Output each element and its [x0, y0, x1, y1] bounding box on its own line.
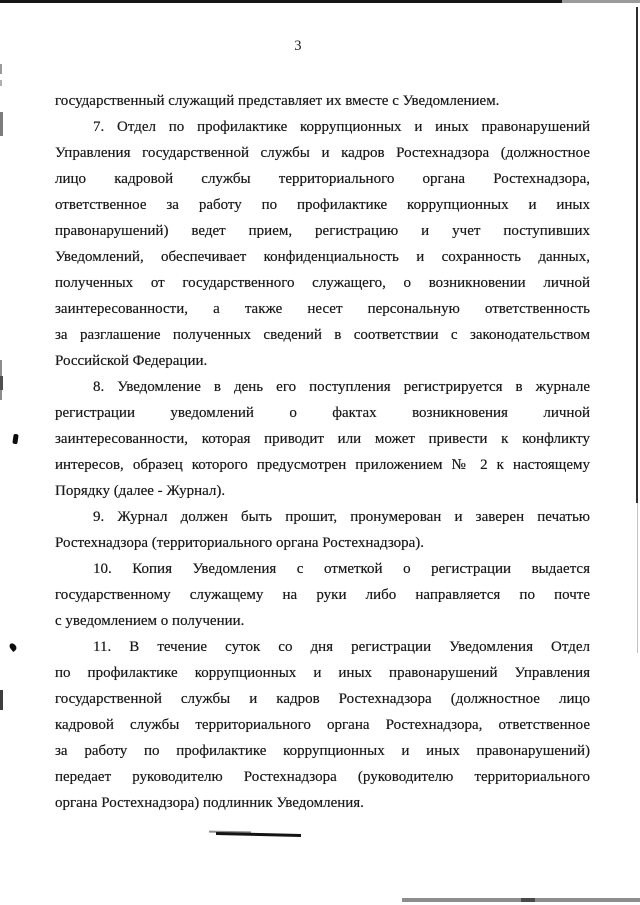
- text-line: правонарушений) ведет прием, регистрацию…: [55, 218, 590, 244]
- text-line: Управления государственной службы и кадр…: [55, 140, 590, 166]
- ink-speck: [8, 642, 18, 652]
- scan-edge-top: [0, 0, 640, 3]
- text-line: ответственное за работу по профилактике …: [55, 192, 590, 218]
- text-line: 9. Журнал должен быть прошит, пронумеров…: [55, 504, 590, 530]
- paragraph: государственный служащий представляет их…: [55, 88, 590, 114]
- text-line: по профилактике коррупционных и иных пра…: [55, 660, 590, 686]
- text-line: Российской Федерации.: [55, 348, 590, 374]
- section-end-rule: [216, 832, 301, 837]
- scan-left-edge-mark: [0, 376, 3, 390]
- text-line: регистрации уведомлений о фактах возникн…: [55, 400, 590, 426]
- text-line: Ростехнадзора (территориального органа Р…: [55, 530, 590, 556]
- paragraph: 11. В течение суток со дня регистрации У…: [55, 634, 590, 816]
- text-line: за работу по профилактике коррупционных …: [55, 738, 590, 764]
- text-line: 11. В течение суток со дня регистрации У…: [55, 634, 590, 660]
- scan-edge-bottom-dark: [521, 898, 535, 902]
- document-page: 3 государственный служащий представляет …: [0, 0, 640, 905]
- ink-speck: [12, 434, 18, 445]
- paragraph: 9. Журнал должен быть прошит, пронумеров…: [55, 504, 590, 556]
- text-line: передает руководителю Ростехнадзора (рук…: [55, 764, 590, 790]
- document-text: государственный служащий представляет их…: [55, 88, 590, 816]
- scan-left-edge-mark: [0, 80, 2, 86]
- text-line: Порядку (далее - Журнал).: [55, 478, 590, 504]
- text-line: государственному служащему на руки либо …: [55, 582, 590, 608]
- text-line: 10. Копия Уведомления с отметкой о регис…: [55, 556, 590, 582]
- text-line: Уведомлений, обеспечивает конфиденциальн…: [55, 244, 590, 270]
- text-line: заинтересованности, а также несет персон…: [55, 296, 590, 322]
- text-line: 7. Отдел по профилактике коррупционных и…: [55, 114, 590, 140]
- paragraph: 7. Отдел по профилактике коррупционных и…: [55, 114, 590, 374]
- text-line: кадровой службы территориального органа …: [55, 712, 590, 738]
- scan-edge-right: [636, 7, 638, 503]
- scan-edge-right-faint: [637, 503, 638, 653]
- page-number: 3: [278, 38, 318, 55]
- scan-left-edge-mark: [0, 112, 3, 136]
- text-line: органа Ростехнадзора) подлинник Уведомле…: [55, 790, 590, 816]
- text-line: заинтересованности, которая приводит или…: [55, 426, 590, 452]
- paragraph: 10. Копия Уведомления с отметкой о регис…: [55, 556, 590, 634]
- text-line: полученных от государственного служащего…: [55, 270, 590, 296]
- paragraph: 8. Уведомление в день его поступления ре…: [55, 374, 590, 504]
- scan-left-edge-mark: [0, 690, 3, 710]
- text-line: 8. Уведомление в день его поступления ре…: [55, 374, 590, 400]
- scan-left-edge-mark: [0, 64, 2, 74]
- text-line: интересов, образец которого предусмотрен…: [55, 452, 590, 478]
- text-line: за разглашение полученных сведений в соо…: [55, 322, 590, 348]
- text-line: государственный служащий представляет их…: [55, 88, 590, 114]
- scan-edge-top-light: [562, 0, 640, 3]
- text-line: лицо кадровой службы территориального ор…: [55, 166, 590, 192]
- text-line: с уведомлением о получении.: [55, 608, 590, 634]
- text-line: государственной службы и кадров Ростехна…: [55, 686, 590, 712]
